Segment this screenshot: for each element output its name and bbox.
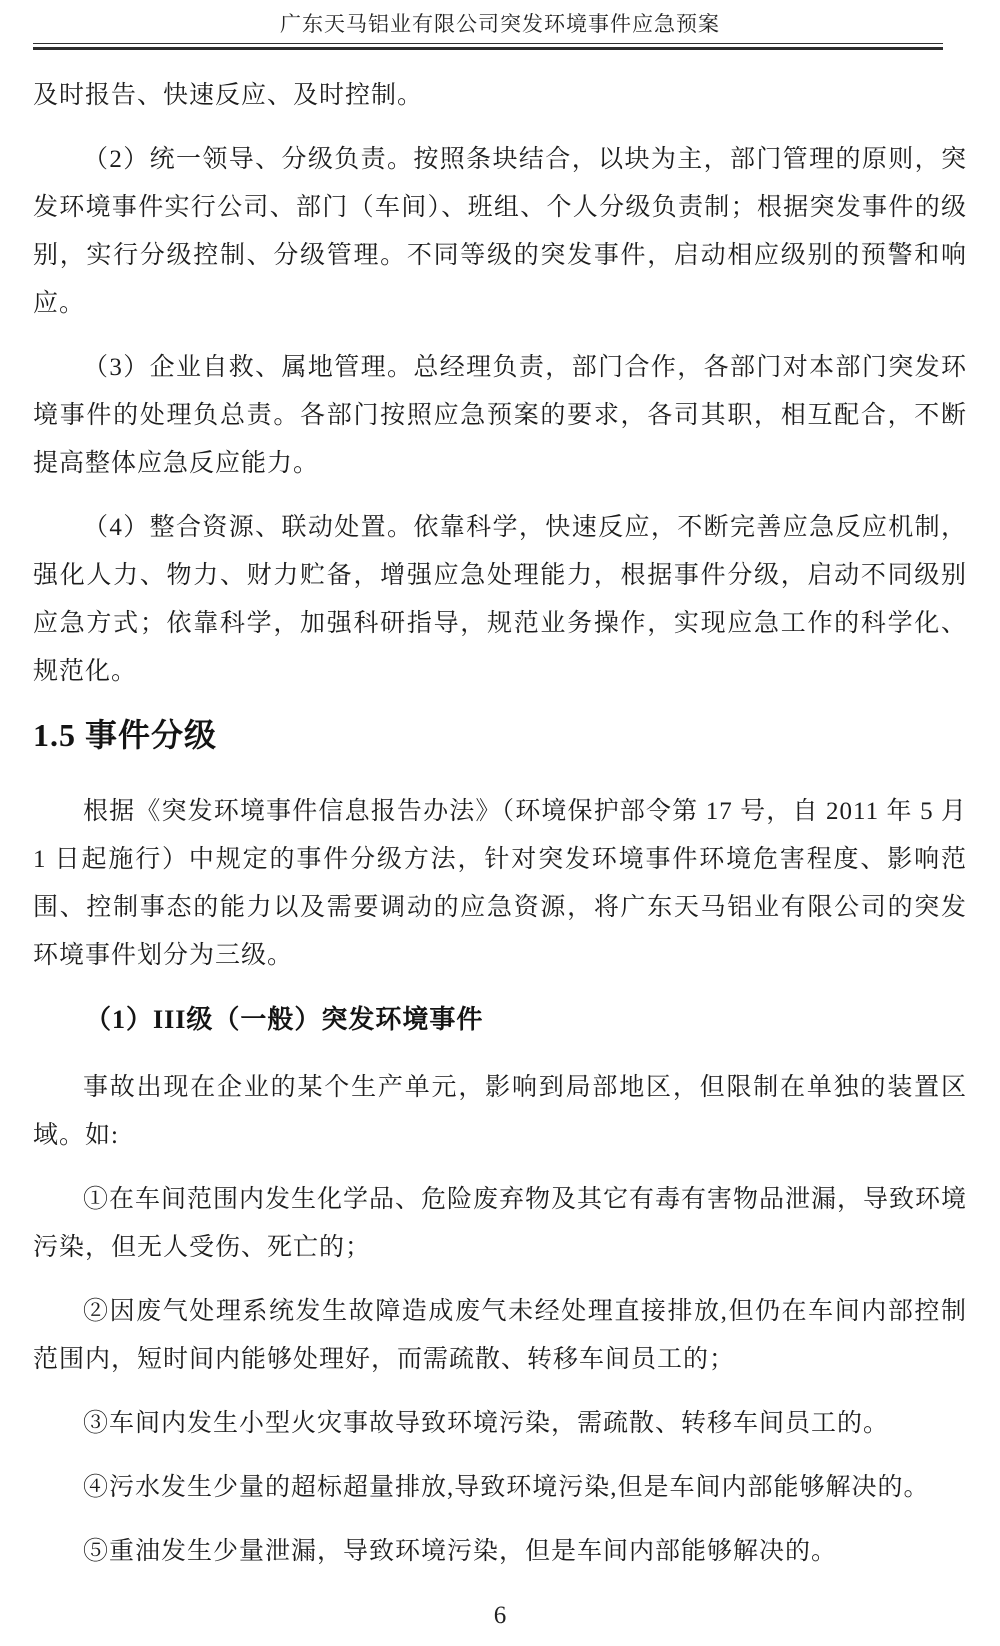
page-number: 6	[33, 1600, 967, 1636]
paragraph-grading-basis: 根据《突发环境事件信息报告办法》（环境保护部令第 17 号，自 2011 年 5…	[33, 788, 967, 980]
list-item-5: ⑤重油发生少量泄漏，导致环境污染，但是车间内部能够解决的。	[33, 1528, 967, 1576]
subsection-heading-level-3: （1）III级（一般）突发环境事件	[33, 996, 967, 1044]
list-item-3: ③车间内发生小型火灾事故导致环境污染，需疏散、转移车间员工的。	[33, 1400, 967, 1448]
paragraph-continuation: 及时报告、快速反应、及时控制。	[33, 72, 967, 120]
header-rule	[33, 43, 943, 50]
document-page: 广东天马铝业有限公司突发环境事件应急预案 及时报告、快速反应、及时控制。 （2）…	[0, 0, 1000, 1646]
section-heading-1-5: 1.5 事件分级	[33, 714, 967, 756]
header-title: 广东天马铝业有限公司突发环境事件应急预案	[33, 8, 967, 43]
list-item-4: ④污水发生少量的超标超量排放,导致环境污染,但是车间内部能够解决的。	[33, 1464, 967, 1512]
paragraph-level3-definition: 事故出现在企业的某个生产单元，影响到局部地区，但限制在单独的装置区域。如:	[33, 1064, 967, 1160]
list-item-1: ①在车间范围内发生化学品、危险废弃物及其它有毒有害物品泄漏，导致环境污染，但无人…	[33, 1176, 967, 1272]
list-item-2: ②因废气处理系统发生故障造成废气未经处理直接排放,但仍在车间内部控制范围内，短时…	[33, 1288, 967, 1384]
document-body: 及时报告、快速反应、及时控制。 （2）统一领导、分级负责。按照条块结合，以块为主…	[33, 50, 967, 1592]
paragraph-principle-2: （2）统一领导、分级负责。按照条块结合，以块为主，部门管理的原则，突发环境事件实…	[33, 136, 967, 328]
paragraph-principle-3: （3）企业自救、属地管理。总经理负责，部门合作，各部门对本部门突发环境事件的处理…	[33, 344, 967, 488]
paragraph-principle-4: （4）整合资源、联动处置。依靠科学，快速反应，不断完善应急反应机制，强化人力、物…	[33, 504, 967, 696]
